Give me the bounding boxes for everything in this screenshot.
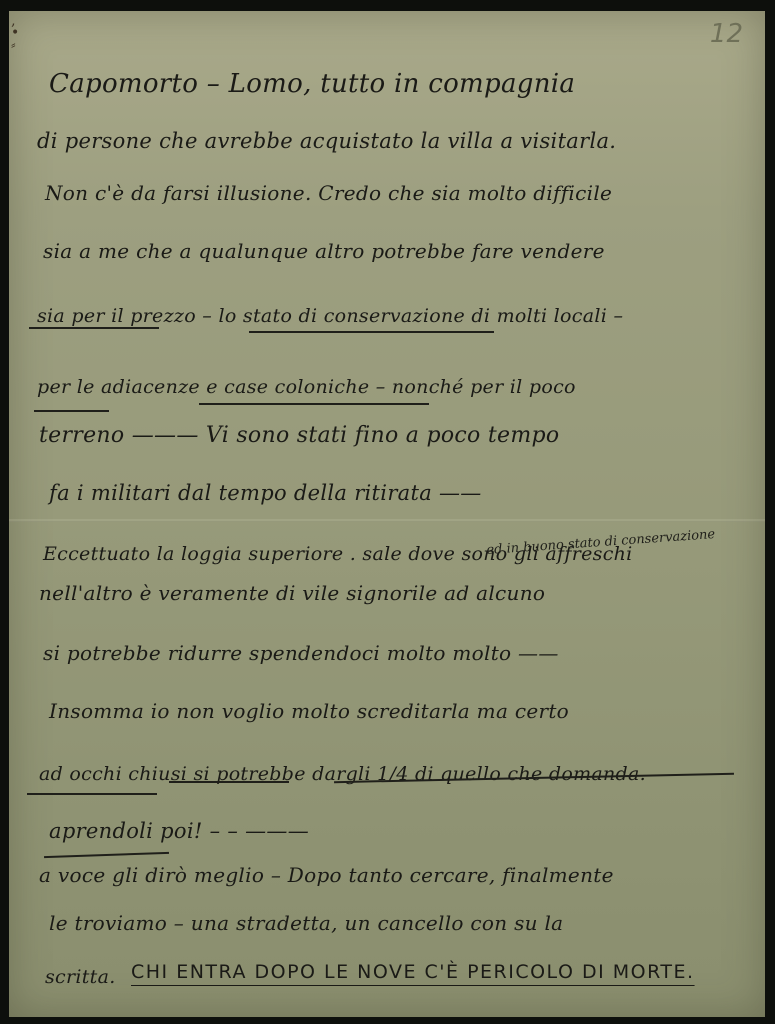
handwritten-line: Non c'è da farsi illusione. Credo che si… [45,181,612,205]
handwritten-line: Capomorto – Lomo, tutto in compagnia [49,69,575,99]
handwritten-line: si potrebbe ridurre spendendoci molto mo… [43,641,559,665]
handwritten-line: aprendoli poi! – – ——— [49,819,309,843]
underline-stroke [29,327,159,329]
handwritten-line: di persone che avrebbe acquistato la vil… [37,129,616,153]
handwritten-line: Insomma io non voglio molto screditarla … [49,699,569,723]
underline-stroke [27,793,157,795]
manuscript-page: ‚•⸗ 12 Capomorto – Lomo, tutto in compag… [9,11,765,1017]
handwritten-line: sia a me che a qualunque altro potrebbe … [43,239,605,263]
handwritten-line: scritta. [45,966,116,988]
underline-stroke [199,403,429,405]
underline-stroke [44,852,169,858]
handwritten-line: nell'altro è veramente di vile signorile… [39,581,545,605]
handwritten-line: sia per il prezzo – lo stato di conserva… [37,305,623,327]
underline-stroke [169,781,289,783]
handwritten-line: a voce gli dirò meglio – Dopo tanto cerc… [39,863,614,887]
handwritten-line: terreno ——— Vi sono stati fino a poco te… [39,423,559,448]
page-number: 12 [710,19,743,49]
underline-stroke [249,331,494,333]
handwritten-line: per le adiacenze e case coloniche – nonc… [37,376,576,398]
handwritten-line: le troviamo – una stradetta, un cancello… [49,911,563,935]
underline-stroke [34,410,109,412]
ink-stain-marks: ‚•⸗ [11,15,29,55]
sign-text-capitals: CHI ENTRA DOPO LE NOVE C'È PERICOLO DI M… [131,961,695,983]
paper-fold-crease [9,519,765,522]
handwritten-line: fa i militari dal tempo della ritirata —… [49,481,482,505]
